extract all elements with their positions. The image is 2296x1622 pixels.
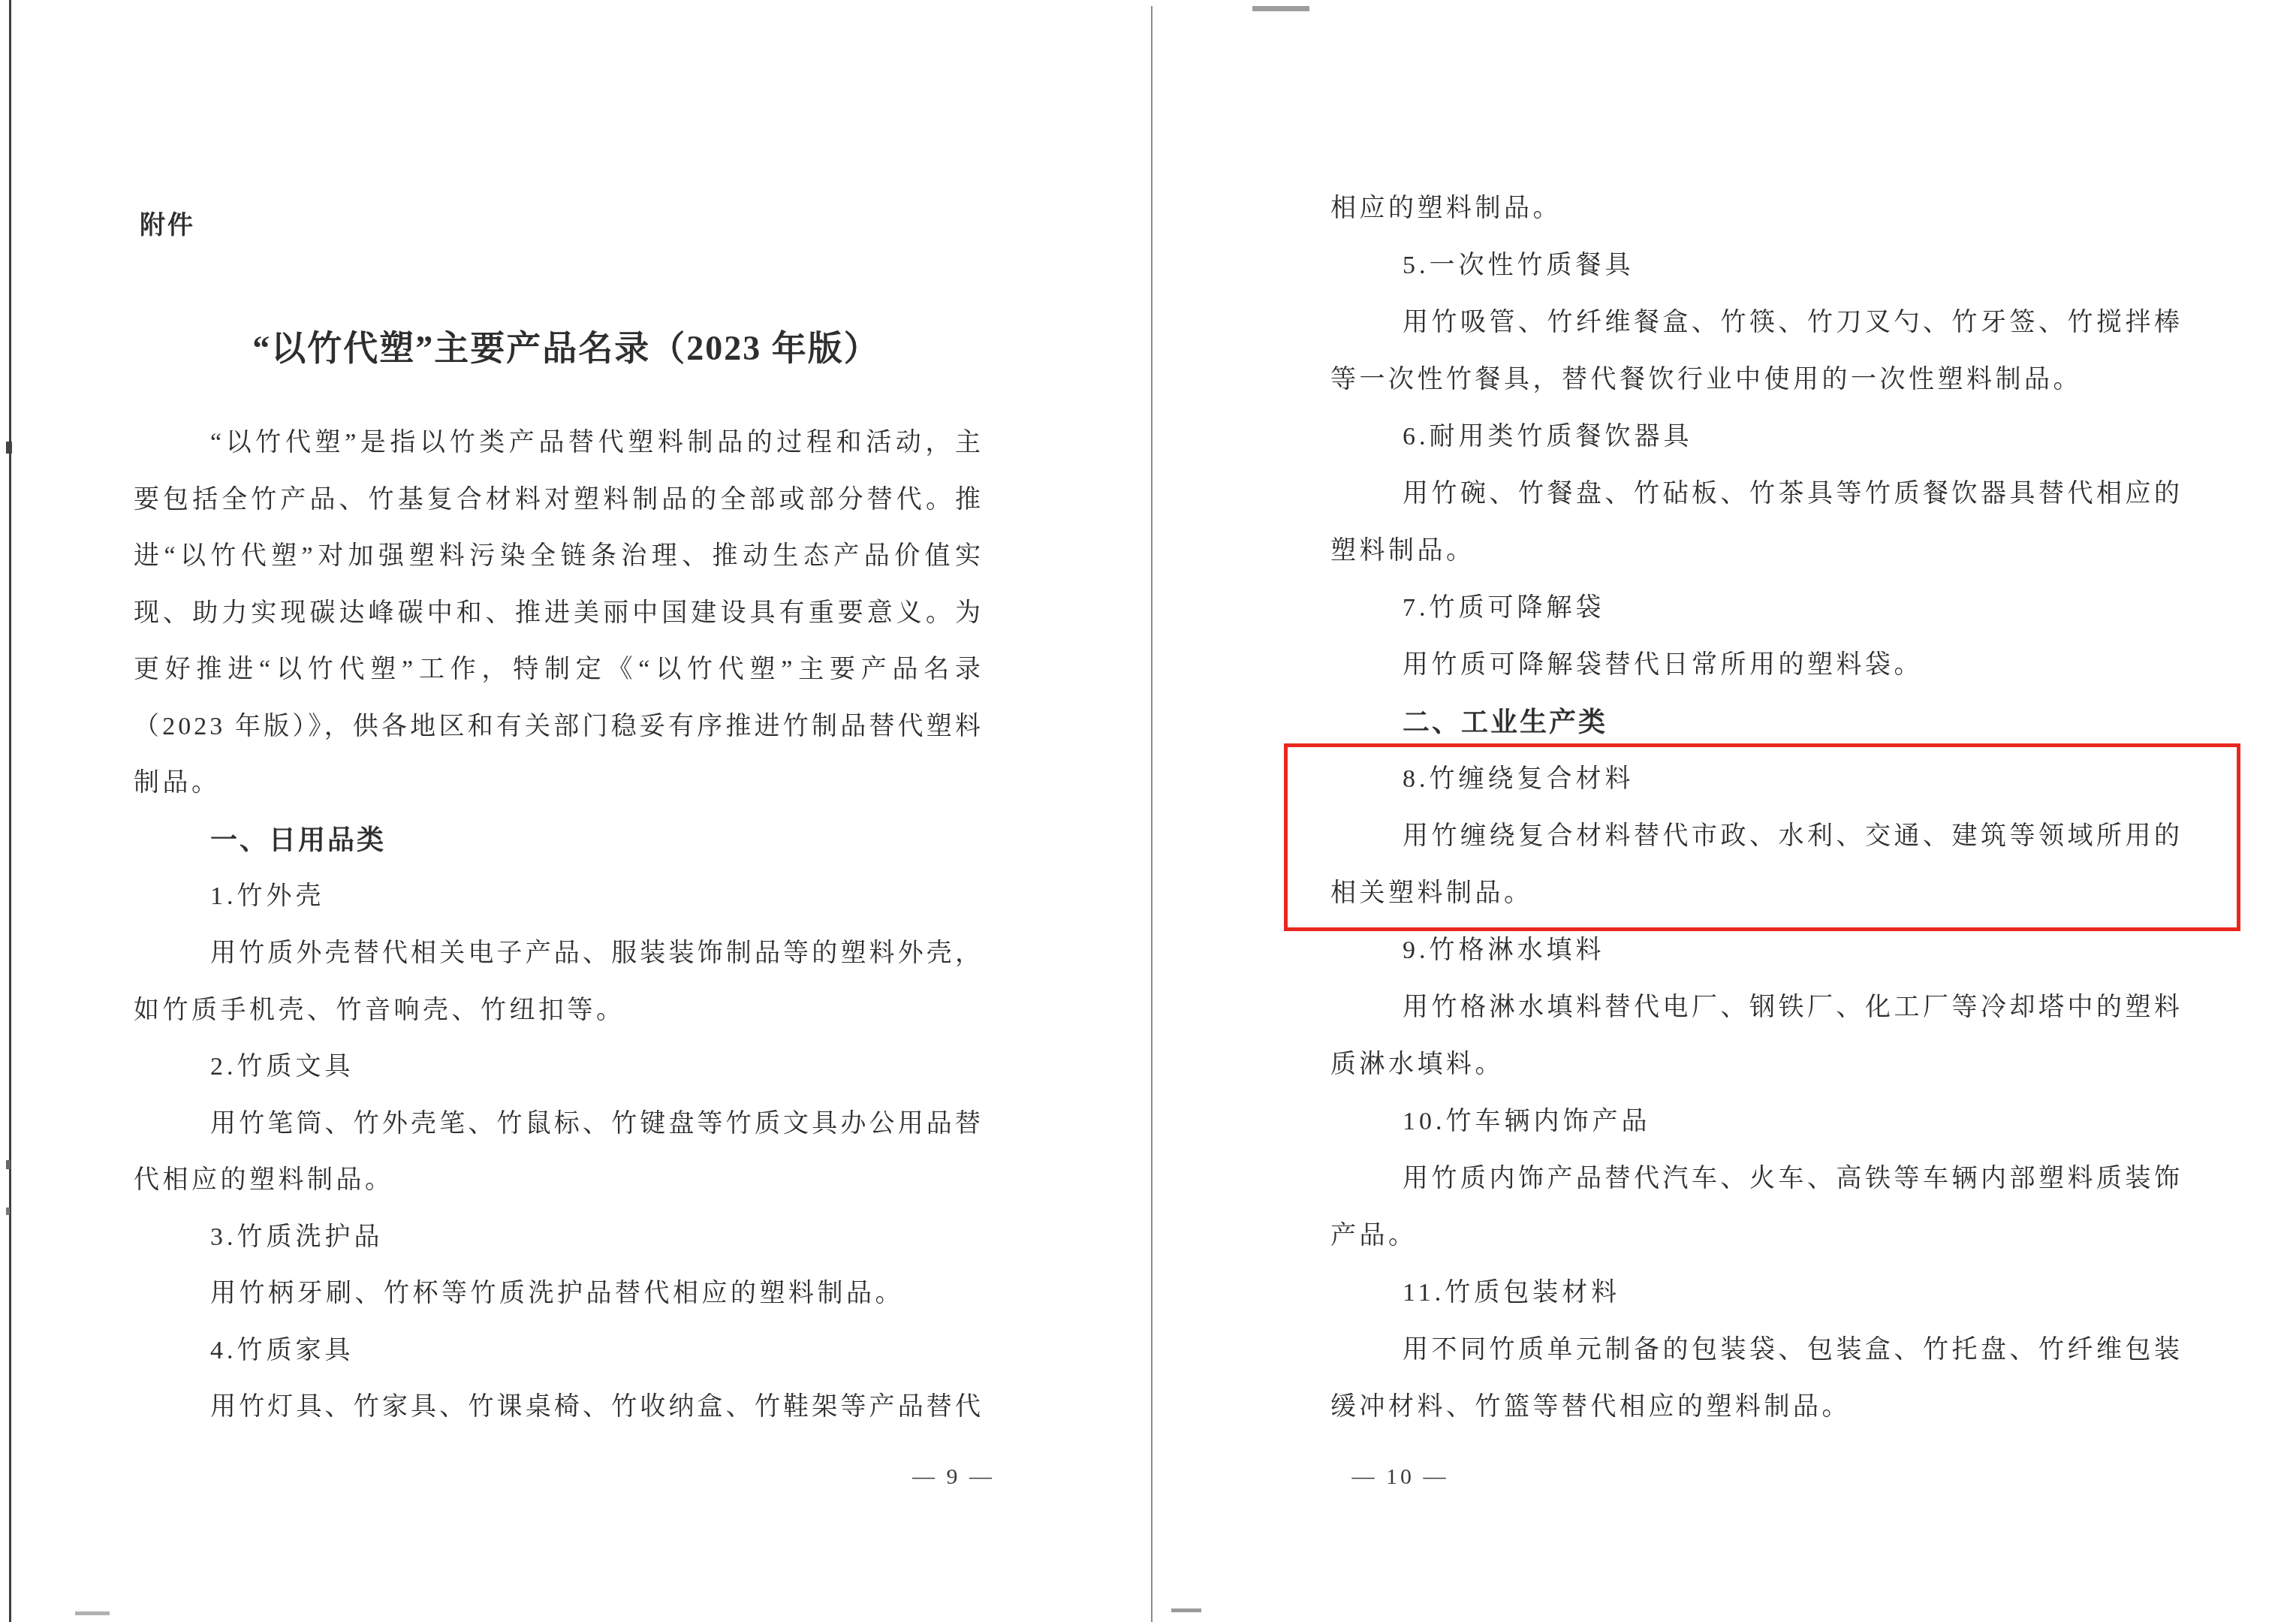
body-line: 相应的塑料制品。 bbox=[1330, 180, 2183, 237]
body-line: 等一次性竹餐具，替代餐饮行业中使用的一次性塑料制品。 bbox=[1330, 351, 2183, 409]
section-heading-industrial: 二、工业生产类 bbox=[1403, 694, 2183, 751]
intro-line: （2023 年版）》，供各地区和有关部门稳妥有序推进竹制品替代塑料 bbox=[134, 698, 984, 755]
body-line: 如竹质手机壳、竹音响壳、竹纽扣等。 bbox=[134, 982, 984, 1039]
intro-line: 制品。 bbox=[134, 755, 984, 812]
body-line: 用竹质内饰产品替代汽车、火车、高铁等车辆内部塑料质装饰 bbox=[1403, 1150, 2183, 1207]
body-line: 用不同竹质单元制备的包装袋、包装盒、竹托盘、竹纤维包装 bbox=[1403, 1322, 2183, 1379]
body-line: 产品。 bbox=[1330, 1207, 2183, 1265]
list-item-heading: 1.竹外壳 bbox=[210, 868, 984, 925]
list-item-heading: 6.耐用类竹质餐饮器具 bbox=[1403, 409, 2183, 466]
list-item-heading: 4.竹质家具 bbox=[210, 1322, 984, 1379]
body-line: 相关塑料制品。 bbox=[1330, 865, 2183, 922]
body-line: 缓冲材料、竹篮等替代相应的塑料制品。 bbox=[1330, 1379, 2183, 1436]
list-item-heading: 8.竹缠绕复合材料 bbox=[1403, 751, 2183, 808]
document-title: “以竹代塑”主要产品名录（2023 年版） bbox=[134, 321, 984, 370]
body-line: 用竹质外壳替代相关电子产品、服装装饰制品等的塑料外壳， bbox=[210, 925, 984, 982]
intro-line: 现、助力实现碳达峰碳中和、推进美丽中国建设具有重要意义。为 bbox=[134, 585, 984, 642]
body-line: 用竹质可降解袋替代日常所用的塑料袋。 bbox=[1403, 637, 2183, 694]
intro-line: 要包括全竹产品、竹基复合材料对塑料制品的全部或部分替代。推 bbox=[134, 472, 984, 529]
body-line: 用竹柄牙刷、竹杯等竹质洗护品替代相应的塑料制品。 bbox=[210, 1265, 984, 1322]
body-line: 塑料制品。 bbox=[1330, 523, 2183, 580]
intro-line: 进“以竹代塑”对加强塑料污染全链条治理、推动生态产品价值实 bbox=[134, 528, 984, 585]
list-item-heading: 3.竹质洗护品 bbox=[210, 1209, 984, 1266]
list-item-heading: 9.竹格淋水填料 bbox=[1403, 922, 2183, 979]
list-item-heading: 2.竹质文具 bbox=[210, 1039, 984, 1096]
intro-line: “以竹代塑”是指以竹类产品替代塑料制品的过程和活动，主 bbox=[210, 415, 984, 472]
page-number: — 9 — bbox=[871, 1464, 1036, 1490]
list-item-heading: 10.竹车辆内饰产品 bbox=[1403, 1093, 2183, 1150]
intro-line: 更好推进“以竹代塑”工作，特制定《“以竹代塑”主要产品名录 bbox=[134, 641, 984, 698]
document-page-9: 附件 “以竹代塑”主要产品名录（2023 年版） “以竹代塑”是指以竹类产品替代… bbox=[0, 0, 1151, 1622]
list-item-heading: 11.竹质包装材料 bbox=[1403, 1265, 2183, 1322]
body-line: 用竹笔筒、竹外壳笔、竹鼠标、竹键盘等竹质文具办公用品替 bbox=[210, 1096, 984, 1153]
section-heading-daily-goods: 一、日用品类 bbox=[210, 812, 984, 869]
body-line: 代相应的塑料制品。 bbox=[134, 1152, 984, 1209]
body-line: 用竹格淋水填料替代电厂、钢铁厂、化工厂等冷却塔中的塑料 bbox=[1403, 979, 2183, 1036]
body-line: 用竹灯具、竹家具、竹课桌椅、竹收纳盒、竹鞋架等产品替代 bbox=[210, 1379, 984, 1436]
body-line: 用竹吸管、竹纤维餐盒、竹筷、竹刀叉勺、竹牙签、竹搅拌棒 bbox=[1403, 294, 2183, 351]
body-line: 质淋水填料。 bbox=[1330, 1036, 2183, 1093]
attachment-label: 附件 bbox=[140, 204, 195, 241]
body-line: 用竹碗、竹餐盘、竹砧板、竹茶具等竹质餐饮器具替代相应的 bbox=[1403, 466, 2183, 523]
list-item-heading: 5.一次性竹质餐具 bbox=[1403, 237, 2183, 294]
document-page-10: 相应的塑料制品。 5.一次性竹质餐具 用竹吸管、竹纤维餐盒、竹筷、竹刀叉勺、竹牙… bbox=[1153, 0, 2296, 1622]
body-line: 用竹缠绕复合材料替代市政、水利、交通、建筑等领域所用的 bbox=[1403, 808, 2183, 865]
page-number: — 10 — bbox=[1318, 1464, 1483, 1490]
list-item-heading: 7.竹质可降解袋 bbox=[1403, 580, 2183, 637]
